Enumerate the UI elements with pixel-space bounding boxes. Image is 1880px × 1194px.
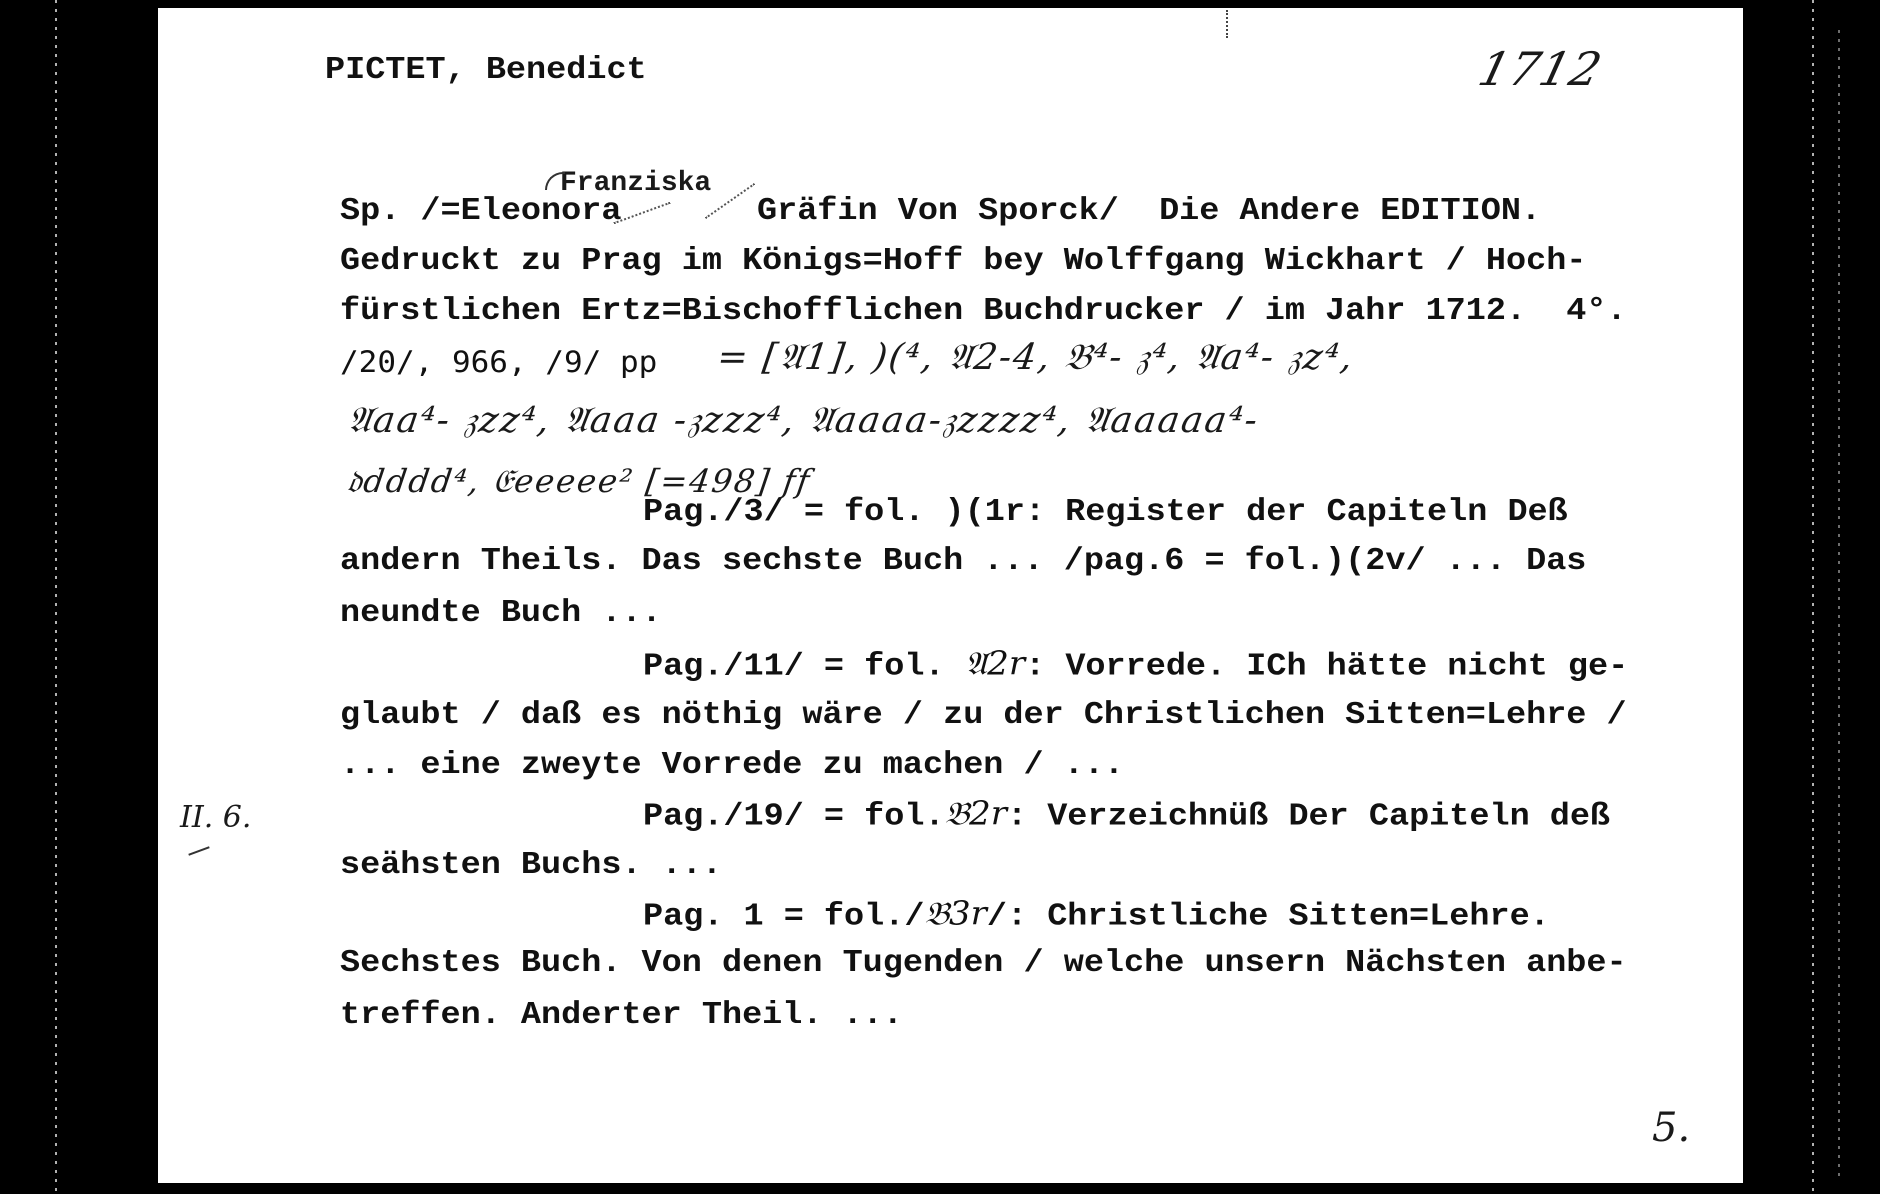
scan-artifact [1812,0,1814,1194]
year-annotation: 1712 [1474,46,1607,92]
signature-mark: 𝔄2r [965,645,1025,683]
collation-formula: = [𝔄1], )(⁴, 𝔄2-4, 𝔅⁴- 𝔷⁴, 𝔄a⁴- 𝔷z⁴, [715,340,1357,376]
contents-line: ... eine zweyte Vorrede zu machen / ... [340,750,1124,782]
text-line: Sp. /=Eleonora [340,196,621,228]
collation-formula: 𝔄aa⁴- 𝔷zz⁴, 𝔄aaa -𝔷zzz⁴, 𝔄aaaa-𝔷zzzz⁴, 𝔄… [345,403,1261,439]
imprint-line: fürstlichen Ertz=Bischofflichen Buchdruc… [340,296,1627,328]
card-heading: PICTET, Benedict [325,55,647,87]
contents-text: : Vorrede. ICh hätte nicht ge- [1025,649,1628,685]
contents-line: Pag./11/ = fol. 𝔄2r: Vorrede. ICh hätte … [643,648,1628,684]
scan-artifact [1838,30,1840,1180]
contents-line: Sechstes Buch. Von denen Tugenden / welc… [340,948,1627,980]
contents-line: neundte Buch ... [340,598,662,630]
pagination: /20/, 966, /9/ pp [340,348,657,377]
page-ref: Pag. 1 = fol./ [643,899,924,935]
page-ref: Pag./19/ = fol. [643,799,945,835]
contents-text: /: Christliche Sitten=Lehre. [987,899,1550,935]
page-ref: Pag./11/ = fol. [643,649,945,685]
contents-line: Pag. 1 = fol./𝔅3r/: Christliche Sitten=L… [643,898,1550,934]
contents-line: andern Theils. Das sechste Buch ... /pag… [340,546,1586,578]
signature-mark: 𝔅3r [924,895,986,933]
margin-note: II. 6. [180,803,251,833]
contents-line: glaubt / daß es nöthig wäre / zu der Chr… [340,700,1627,732]
text-line: Gräfin Von Sporck/ Die Andere EDITION. [757,196,1541,228]
imprint-line: Gedruckt zu Prag im Königs=Hoff bey Wolf… [340,246,1586,278]
contents-line: seähsten Buchs. ... [340,850,722,882]
scan-artifact [55,0,57,1194]
signature-mark: 𝔅2r [945,795,1007,833]
collation-formula: 𝔡dddd⁴, 𝔈eeeee² [=498] ff [345,465,813,497]
contents-line: Pag./3/ = fol. )(1r: Register der Capite… [643,497,1568,529]
card-number-note: 5. [1652,1108,1690,1148]
contents-text: : Verzeichnüß Der Capiteln deß [1007,799,1610,835]
contents-line: Pag./19/ = fol.𝔅2r: Verzeichnüß Der Capi… [643,798,1610,834]
contents-line: treffen. Anderter Theil. ... [340,1000,903,1032]
scan-mark [1226,10,1233,38]
